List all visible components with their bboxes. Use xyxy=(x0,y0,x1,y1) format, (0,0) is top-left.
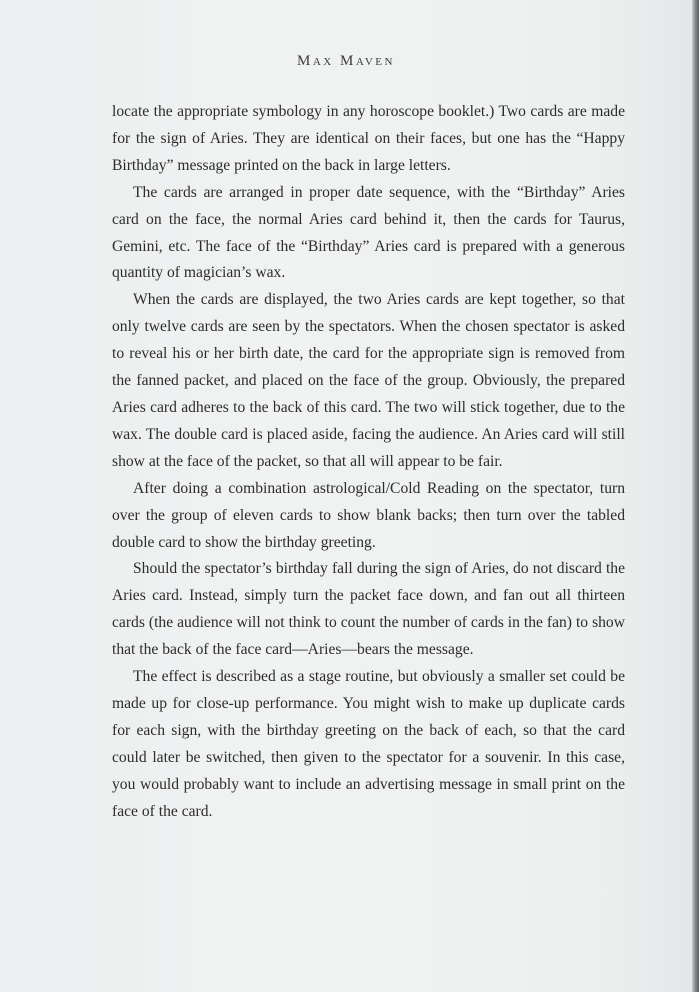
paragraph-2: The cards are arranged in proper date se… xyxy=(112,180,625,288)
paragraph-6: The effect is described as a stage routi… xyxy=(112,664,625,825)
paragraph-1: locate the appropriate symbology in any … xyxy=(112,99,625,180)
paragraph-3: When the cards are displayed, the two Ar… xyxy=(112,287,625,475)
book-page: Max Maven locate the appropriate symbolo… xyxy=(0,0,692,992)
running-head: Max Maven xyxy=(0,53,692,70)
paragraph-4: After doing a combination astrological/C… xyxy=(112,476,625,557)
page-edge-shadow xyxy=(692,0,699,992)
paragraph-5: Should the spectator’s birthday fall dur… xyxy=(112,556,625,664)
body-text: locate the appropriate symbology in any … xyxy=(112,99,625,825)
